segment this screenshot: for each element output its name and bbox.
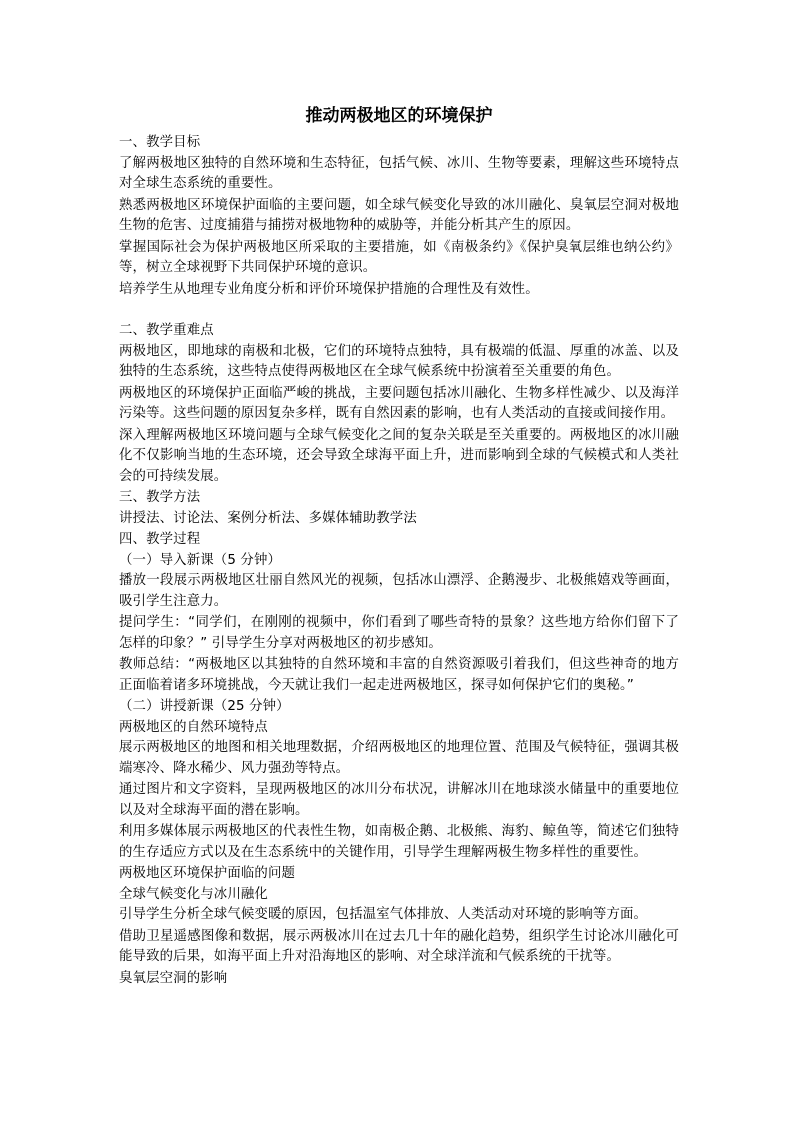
- paragraph: 了解两极地区独特的自然环境和生态特征，包括气候、冰川、生物等要素，理解这些环境特…: [119, 154, 679, 195]
- document-title: 推动两极地区的环境保护: [119, 104, 679, 128]
- blank-line: [119, 301, 679, 321]
- topic-heading-climate-glacier: 全球气候变化与冰川融化: [119, 885, 679, 906]
- section-heading-process: 四、教学过程: [119, 530, 679, 551]
- section-heading-key-points: 二、教学重难点: [119, 321, 679, 342]
- topic-heading-natural-environment: 两极地区的自然环境特点: [119, 718, 679, 739]
- paragraph: 两极地区的环境保护正面临严峻的挑战，主要问题包括冰川融化、生物多样性减少、以及海…: [119, 384, 679, 425]
- paragraph: 提问学生：“同学们，在刚刚的视频中，你们看到了哪些奇特的景象？这些地方给你们留下…: [119, 613, 679, 654]
- subsection-heading-intro: （一）导入新课（5 分钟）: [119, 551, 679, 572]
- paragraph: 熟悉两极地区环境保护面临的主要问题，如全球气候变化导致的冰川融化、臭氧层空洞对极…: [119, 196, 679, 237]
- topic-heading-ozone: 臭氧层空洞的影响: [119, 969, 679, 990]
- paragraph: 展示两极地区的地图和相关地理数据，介绍两极地区的地理位置、范围及气候特征，强调其…: [119, 738, 679, 779]
- paragraph: 讲授法、讨论法、案例分析法、多媒体辅助教学法: [119, 509, 679, 530]
- paragraph: 借助卫星遥感图像和数据，展示两极冰川在过去几十年的融化趋势，组织学生讨论冰川融化…: [119, 927, 679, 968]
- paragraph: 通过图片和文字资料，呈现两极地区的冰川分布状况，讲解冰川在地球淡水储量中的重要地…: [119, 780, 679, 821]
- subsection-heading-lecture: （二）讲授新课（25 分钟）: [119, 697, 679, 718]
- paragraph: 掌握国际社会为保护两极地区所采取的主要措施，如《南极条约》《保护臭氧层维也纳公约…: [119, 238, 679, 279]
- paragraph: 利用多媒体展示两极地区的代表性生物，如南极企鹅、北极熊、海豹、鲸鱼等，简述它们独…: [119, 822, 679, 863]
- paragraph: 播放一段展示两极地区壮丽自然风光的视频，包括冰山漂浮、企鹅漫步、北极熊嬉戏等画面…: [119, 571, 679, 612]
- topic-heading-problems: 两极地区环境保护面临的问题: [119, 864, 679, 885]
- paragraph: 深入理解两极地区环境问题与全球气候变化之间的复杂关联是至关重要的。两极地区的冰川…: [119, 426, 679, 488]
- paragraph: 教师总结：“两极地区以其独特的自然环境和丰富的自然资源吸引着我们，但这些神奇的地…: [119, 655, 679, 696]
- section-heading-methods: 三、教学方法: [119, 488, 679, 509]
- section-heading-objectives: 一、教学目标: [119, 133, 679, 154]
- paragraph: 培养学生从地理专业角度分析和评价环境保护措施的合理性及有效性。: [119, 280, 679, 301]
- paragraph: 引导学生分析全球气候变暖的原因，包括温室气体排放、人类活动对环境的影响等方面。: [119, 905, 679, 926]
- document-page: 推动两极地区的环境保护 一、教学目标 了解两极地区独特的自然环境和生态特征，包括…: [119, 104, 679, 989]
- paragraph: 两极地区，即地球的南极和北极，它们的环境特点独特，具有极端的低温、厚重的冰盖、以…: [119, 342, 679, 383]
